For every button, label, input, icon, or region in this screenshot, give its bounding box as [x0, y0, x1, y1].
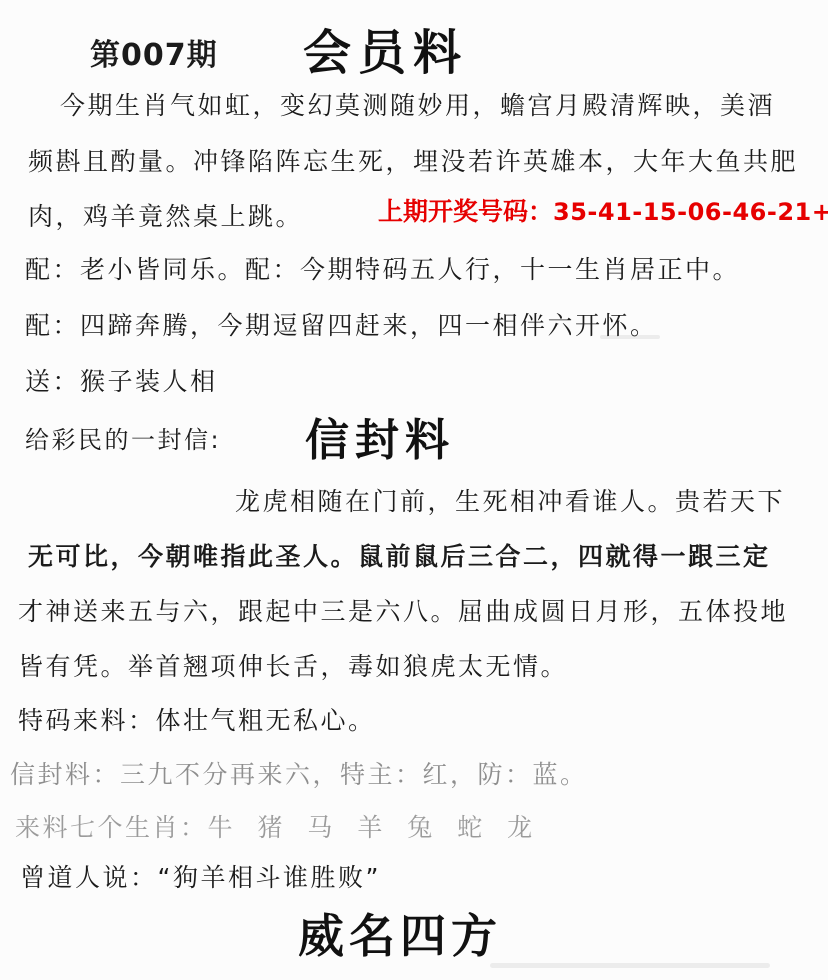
zodiac-tip: 来料七个生肖：牛 猪 马 羊 兔 蛇 龙	[15, 808, 535, 844]
last-draw-label: 上期开奖号码：	[378, 197, 553, 226]
member-poem-line-3: 肉，鸡羊竟然桌上跳。	[28, 197, 303, 233]
pair-tip-line-1: 配：老小皆同乐。配：今期特码五人行，十一生肖居正中。	[25, 250, 740, 286]
member-poem-line-1: 今期生肖气如虹，变幻莫测随妙用，蟾宫月殿清辉映，美酒	[60, 86, 775, 122]
envelope-color-tip: 信封料：三九不分再来六，特主：红，防：蓝。	[10, 755, 588, 791]
lottery-tip-sheet: 第007期 会员料 今期生肖气如虹，变幻莫测随妙用，蟾宫月殿清辉映，美酒 频斟且…	[0, 0, 828, 980]
footer-title: 威名四方	[298, 900, 502, 966]
master-quote: 曾道人说：“狗羊相斗谁胜败”	[20, 858, 381, 894]
envelope-intro: 给彩民的一封信:	[25, 420, 221, 455]
scan-smudge	[490, 963, 770, 968]
send-tip-line: 送：猴子装人相	[25, 362, 218, 398]
envelope-verse-line-2: 无可比，今朝唯指此圣人。鼠前鼠后三合二，四就得一跟三定	[28, 537, 771, 573]
envelope-verse-line-3: 才神送来五与六，跟起中三是六八。屈曲成圆日月形，五体投地	[18, 592, 788, 628]
last-draw-numbers: 35-41-15-06-46-21+13	[553, 198, 828, 226]
last-draw-result: 上期开奖号码：35-41-15-06-46-21+13	[378, 192, 828, 228]
member-section-title: 会员料	[303, 14, 468, 83]
envelope-section-title: 信封料	[305, 404, 455, 468]
issue-number: 第007期	[90, 30, 218, 74]
member-poem-line-2: 频斟且酌量。冲锋陷阵忘生死，埋没若许英雄本，大年大鱼共肥	[28, 142, 798, 178]
special-code-tip: 特码来料：体壮气粗无私心。	[18, 701, 376, 737]
pair-tip-line-2: 配：四蹄奔腾，今期逗留四赶来，四一相伴六开怀。	[25, 306, 658, 342]
envelope-verse-line-4: 皆有凭。举首翘项伸长舌，毒如狼虎太无情。	[18, 647, 568, 683]
envelope-verse-line-1: 龙虎相随在门前，生死相冲看谁人。贵若天下	[235, 482, 785, 518]
